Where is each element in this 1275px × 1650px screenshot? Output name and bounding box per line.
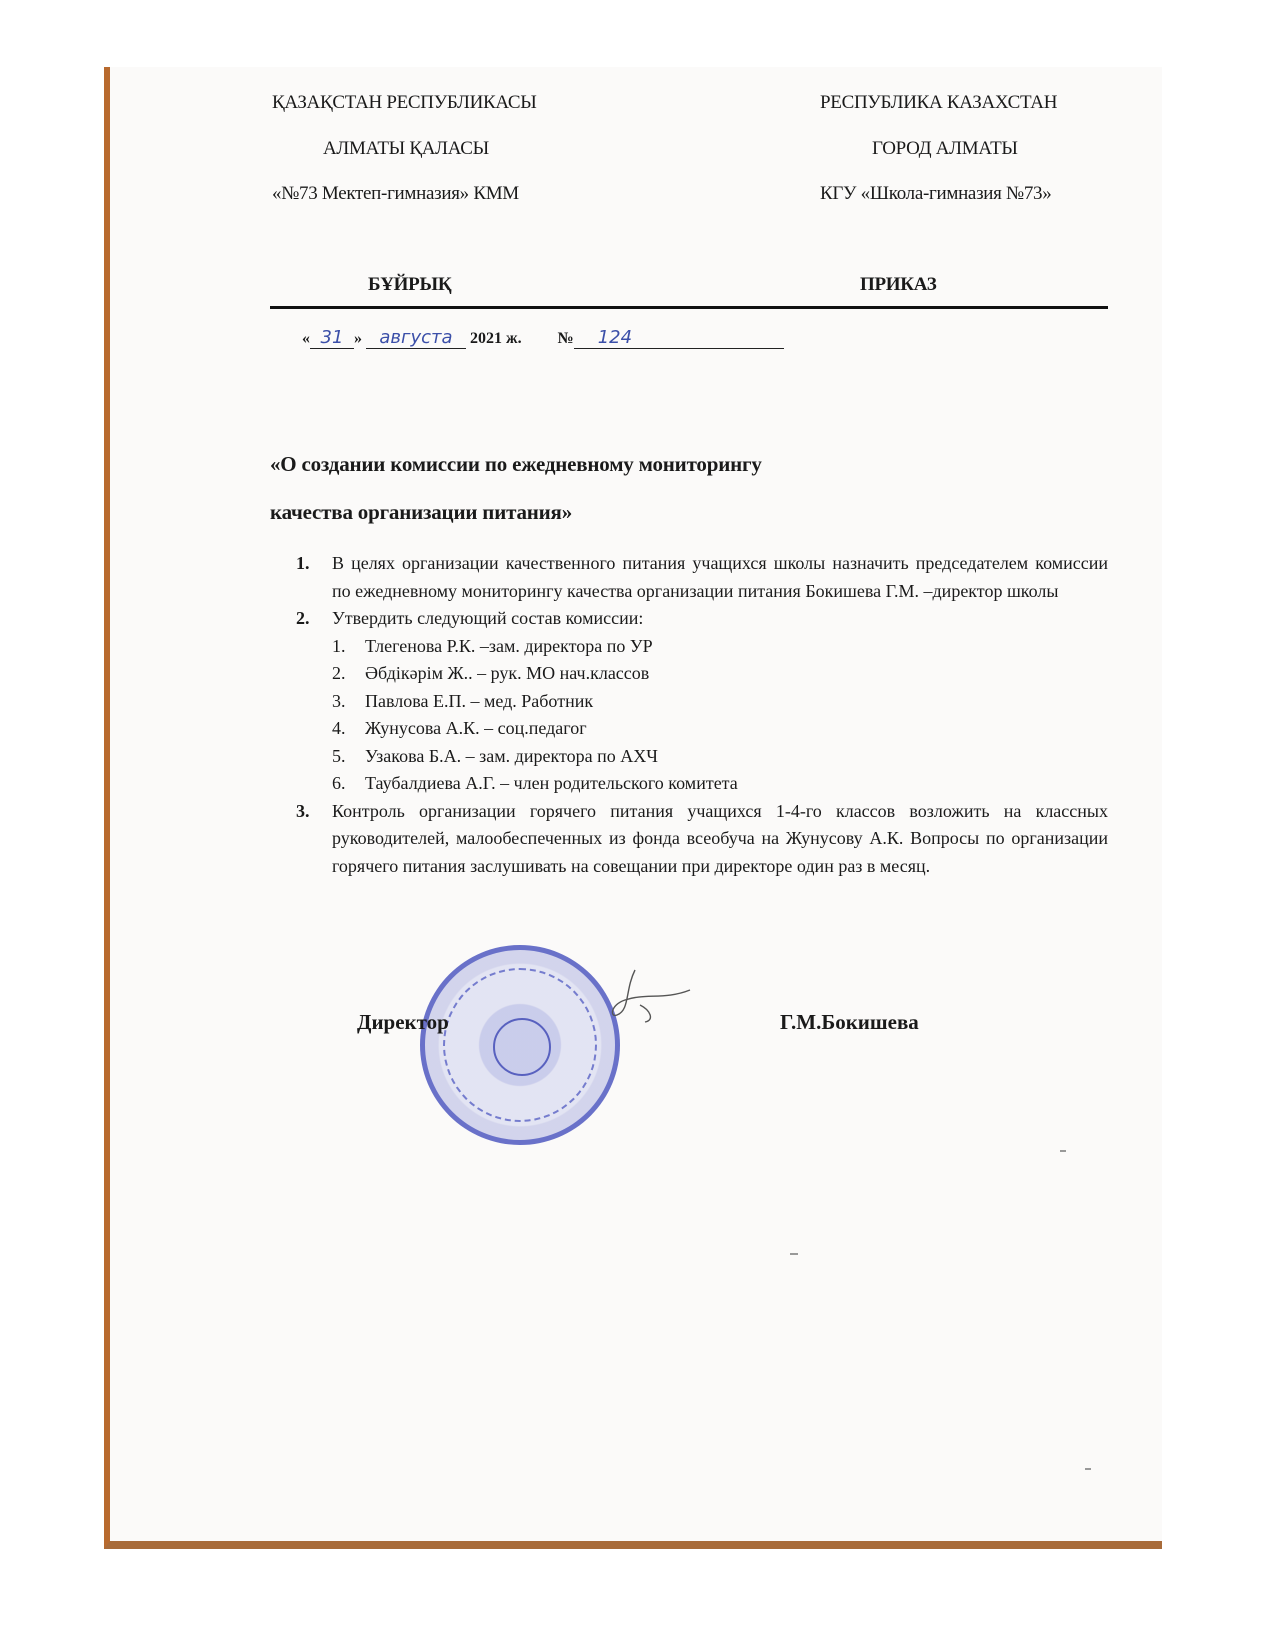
doc-type-ru: ПРИКАЗ [860,274,936,296]
order-item-2: 2. Утвердить следующий состав комиссии: [296,605,1108,633]
stamp-emblem-icon [493,1018,551,1076]
order-title-line1: «О создании комиссии по ежедневному мони… [270,452,762,477]
order-number-label: № [558,330,574,347]
signatory-name: Г.М.Бокишева [780,1010,919,1035]
committee-member: 2.Әбдікәрім Ж.. – рук. МО нач.классов [296,660,1108,688]
committee-member: 1.Тлегенова Р.К. –зам. директора по УР [296,633,1108,661]
scan-artifact [790,1253,798,1255]
scan-artifact [1060,1150,1066,1152]
committee-member: 3.Павлова Е.П. – мед. Работник [296,688,1108,716]
signatory-position: Директор [357,1010,449,1035]
order-number: 124 [574,327,784,349]
header-left-school: «№73 Мектеп-гимназия» КММ [272,183,519,205]
order-item-3: 3. Контроль организации горячего питания… [296,798,1108,881]
handwritten-signature-icon [605,960,695,1030]
doc-type-kz: БҰЙРЫҚ [368,274,451,296]
scan-artifact [1085,1468,1091,1470]
order-title-line2: качества организации питания» [270,500,572,525]
date-month: августа [366,327,466,349]
committee-member: 4.Жунусова А.К. – соц.педагог [296,715,1108,743]
order-item-1: 1. В целях организации качественного пит… [296,550,1108,605]
header-right-city: ГОРОД АЛМАТЫ [872,138,1018,160]
header-right-country: РЕСПУБЛИКА КАЗАХСТАН [820,92,1057,114]
header-left-city: АЛМАТЫ ҚАЛАСЫ [323,138,489,160]
committee-member: 5.Узакова Б.А. – зам. директора по АХЧ [296,743,1108,771]
header-divider [270,306,1108,309]
date-close-quote: » [354,330,362,347]
committee-member: 6.Таубалдиева А.Г. – член родительского … [296,770,1108,798]
date-year: 2021 ж. [470,330,522,347]
official-stamp-icon [420,945,620,1145]
date-day: 31 [310,327,354,349]
date-line: «31» августа 2021 ж. №124 [302,327,784,349]
header-right-school: КГУ «Школа-гимназия №73» [820,183,1051,205]
date-open-quote: « [302,330,310,347]
header-left-country: ҚАЗАҚСТАН РЕСПУБЛИКАСЫ [272,92,537,114]
order-body: 1. В целях организации качественного пит… [296,550,1108,880]
